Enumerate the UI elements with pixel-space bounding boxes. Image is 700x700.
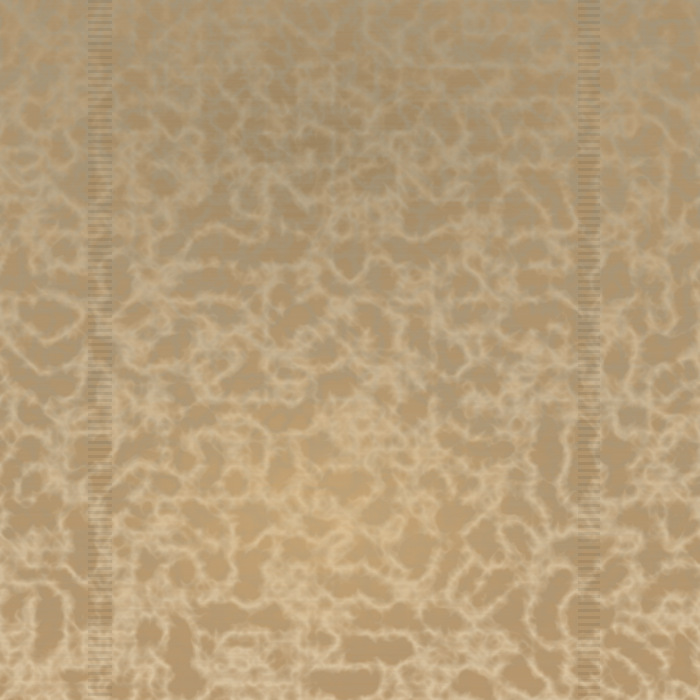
rug-border-right	[578, 0, 600, 700]
faded-field	[100, 380, 580, 660]
rug-texture	[0, 0, 700, 700]
